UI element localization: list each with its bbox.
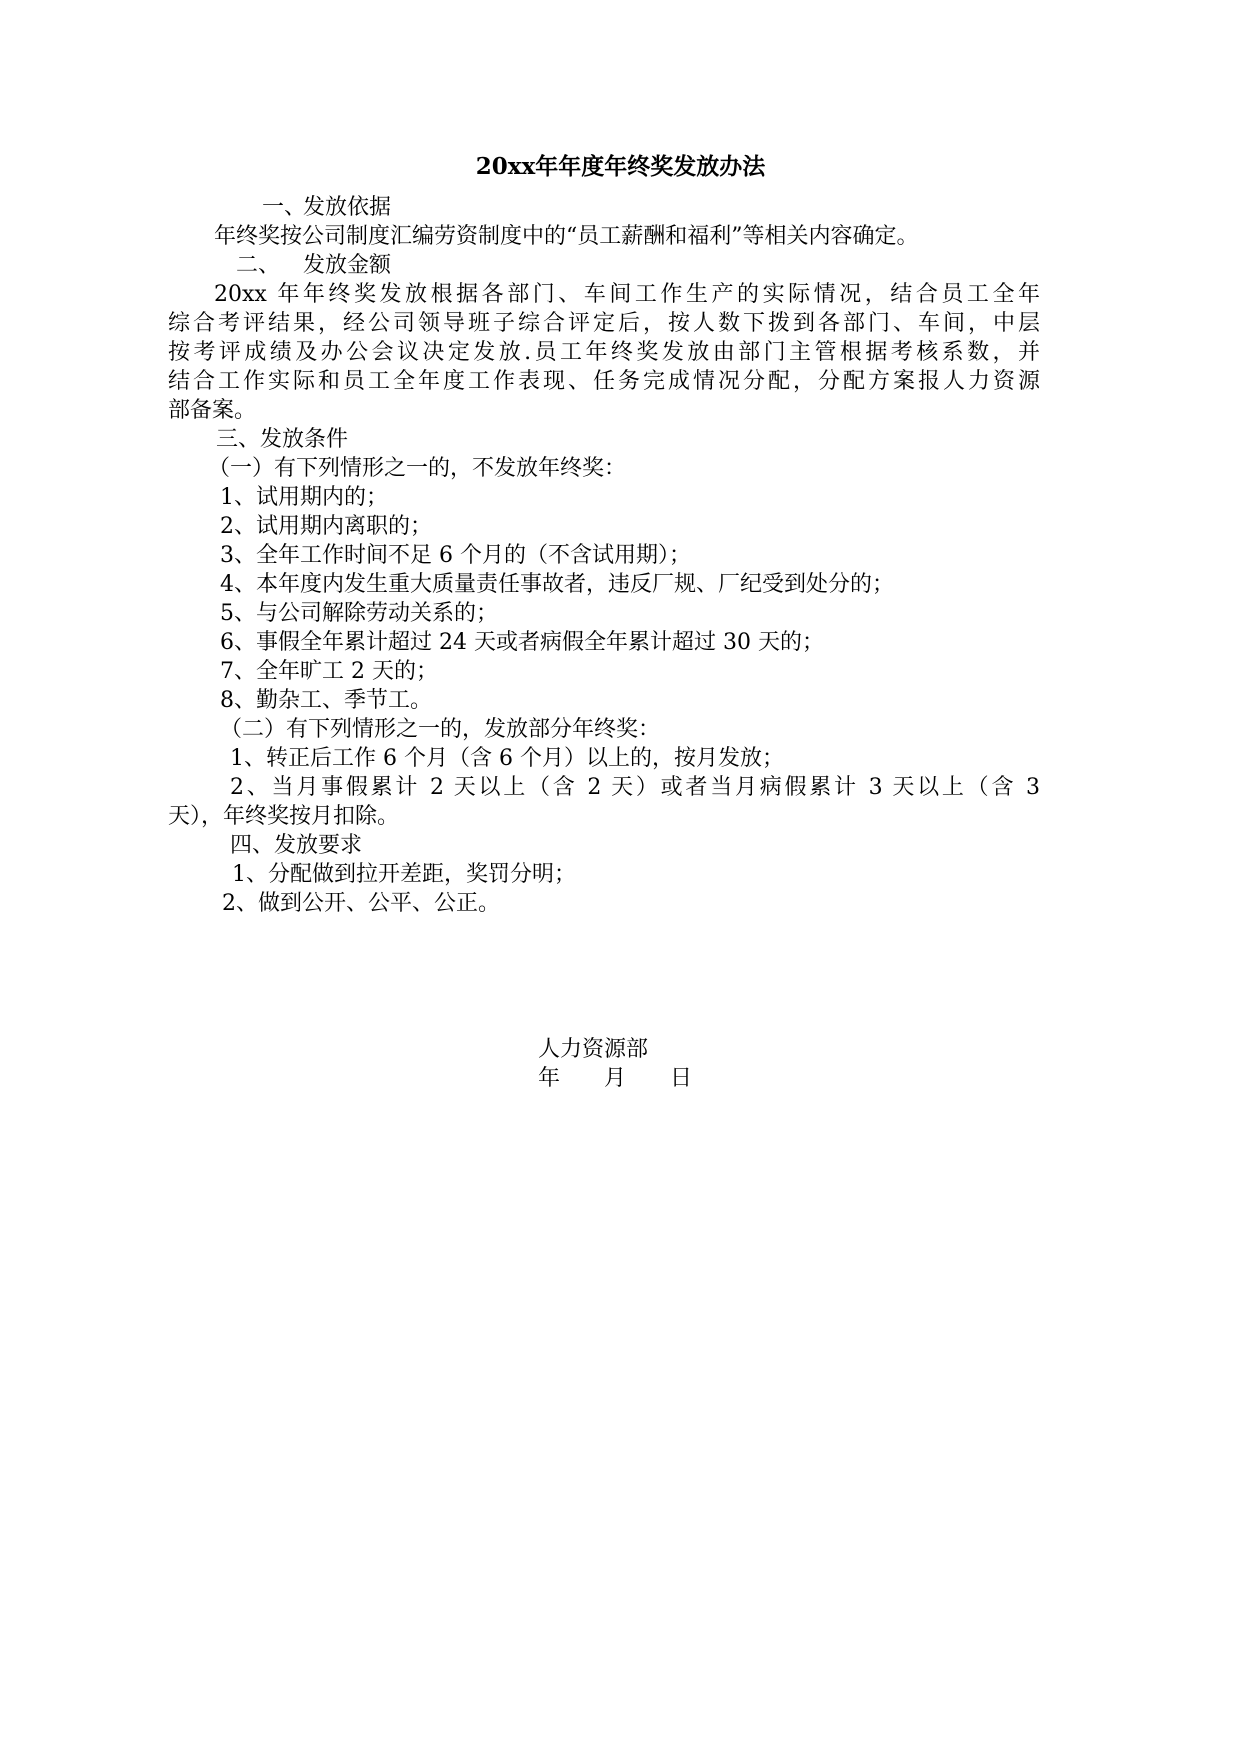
list-item: 8、勤杂工、季节工。 xyxy=(220,686,432,715)
section-1-body: 年终奖按公司制度汇编劳资制度中的“员工薪酬和福利”等相关内容确定。 xyxy=(214,222,919,251)
list-item: 1、试用期内的； xyxy=(220,483,388,512)
signature-date: 年 月 日 xyxy=(538,1064,692,1093)
section-1-heading: 发放依据 xyxy=(303,193,391,222)
section-2-body-line: 综合考评结果，经公司领导班子综合评定后，按人数下拨到各部门、车间，中层 xyxy=(168,309,1040,338)
list-item: 7、全年旷工 2 天的； xyxy=(220,657,438,686)
section-1-number: 一、 xyxy=(262,193,306,222)
section-3-subheading-1: （一）有下列情形之一的，不发放年终奖： xyxy=(208,454,626,483)
list-item: 1、转正后工作 6 个月（含 6 个月）以上的，按月发放； xyxy=(230,744,784,773)
list-item: 2、试用期内离职的； xyxy=(220,512,432,541)
list-item: 2、当月事假累计 2 天以上（含 2 天）或者当月病假累计 3 天以上（含 3 xyxy=(230,773,1040,802)
section-2-body-line: 结合工作实际和员工全年度工作表现、任务完成情况分配，分配方案报人力资源 xyxy=(168,367,1040,396)
signature-department: 人力资源部 xyxy=(538,1035,648,1064)
section-3-heading: 三、发放条件 xyxy=(216,425,348,454)
section-2-body-line: 按考评成绩及办公会议决定发放.员工年终奖发放由部门主管根据考核系数，并 xyxy=(168,338,1040,367)
list-item: 1、分配做到拉开差距，奖罚分明； xyxy=(232,860,576,889)
list-item: 2、做到公开、公平、公正。 xyxy=(222,889,500,918)
list-item: 5、与公司解除劳动关系的； xyxy=(220,599,498,628)
list-item: 4、本年度内发生重大质量责任事故者，违反厂规、厂纪受到处分的； xyxy=(220,570,894,599)
list-item: 6、事假全年累计超过 24 天或者病假全年累计超过 30 天的； xyxy=(220,628,824,657)
list-item: 3、全年工作时间不足 6 个月的（不含试用期）； xyxy=(220,541,691,570)
document-title: 20xx年年度年终奖发放办法 xyxy=(0,152,1241,182)
section-4-heading: 四、发放要求 xyxy=(230,831,362,860)
section-2-number: 二、 xyxy=(236,251,280,280)
section-3-subheading-2: （二）有下列情形之一的，发放部分年终奖： xyxy=(220,715,660,744)
list-item-continuation: 天），年终奖按月扣除。 xyxy=(168,802,399,831)
section-2-body-line: 20xx 年年终奖发放根据各部门、车间工作生产的实际情况，结合员工全年 xyxy=(214,280,1040,309)
section-2-body-line: 部备案。 xyxy=(168,396,256,425)
section-2-heading: 发放金额 xyxy=(303,251,391,280)
